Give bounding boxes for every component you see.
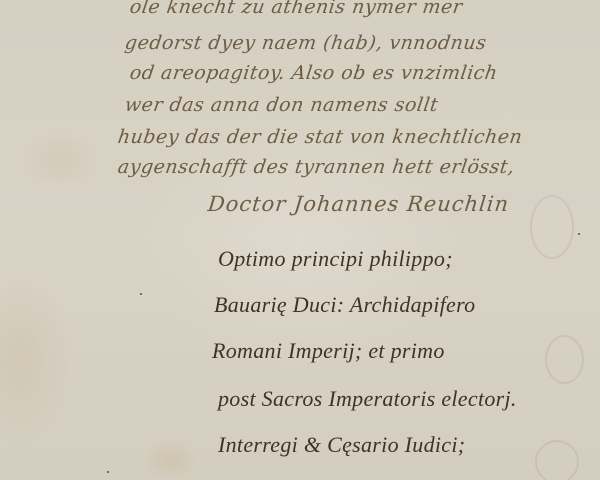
paper-speck: [107, 471, 109, 473]
ink-bleed-mark: [545, 335, 584, 384]
latin-line-5: Interregi & Cęsario Iudici;: [218, 432, 465, 458]
latin-line-2: Bauarię Duci: Archidapifero: [214, 292, 475, 318]
paper-speck: [140, 293, 142, 295]
german-line-4: wer das anna don namens sollt: [123, 94, 439, 116]
manuscript-page: ole knecht zu athenis nymer mer gedorst …: [0, 0, 600, 480]
german-line-6: aygenschafft des tyrannen hett erlösst,: [116, 156, 516, 178]
ink-bleed-mark: [530, 195, 574, 259]
latin-line-1: Optimo principi philippo;: [218, 246, 453, 272]
german-line-5: hubey das der die stat von knechtlichen: [116, 126, 523, 148]
german-line-3: od areopagitoy. Also ob es vnzimlich: [128, 62, 499, 84]
paper-speck: [578, 233, 580, 235]
latin-line-3: Romani Imperij; et primo: [212, 338, 445, 364]
german-line-2: gedorst dyey naem (hab), vnnodnus: [123, 32, 488, 54]
signature: Doctor Johannes Reuchlin: [207, 192, 511, 216]
ink-bleed-mark: [535, 440, 579, 480]
german-line-1: ole knecht zu athenis nymer mer: [128, 0, 463, 18]
latin-line-4: post Sacros Imperatoris electorj.: [218, 386, 517, 412]
